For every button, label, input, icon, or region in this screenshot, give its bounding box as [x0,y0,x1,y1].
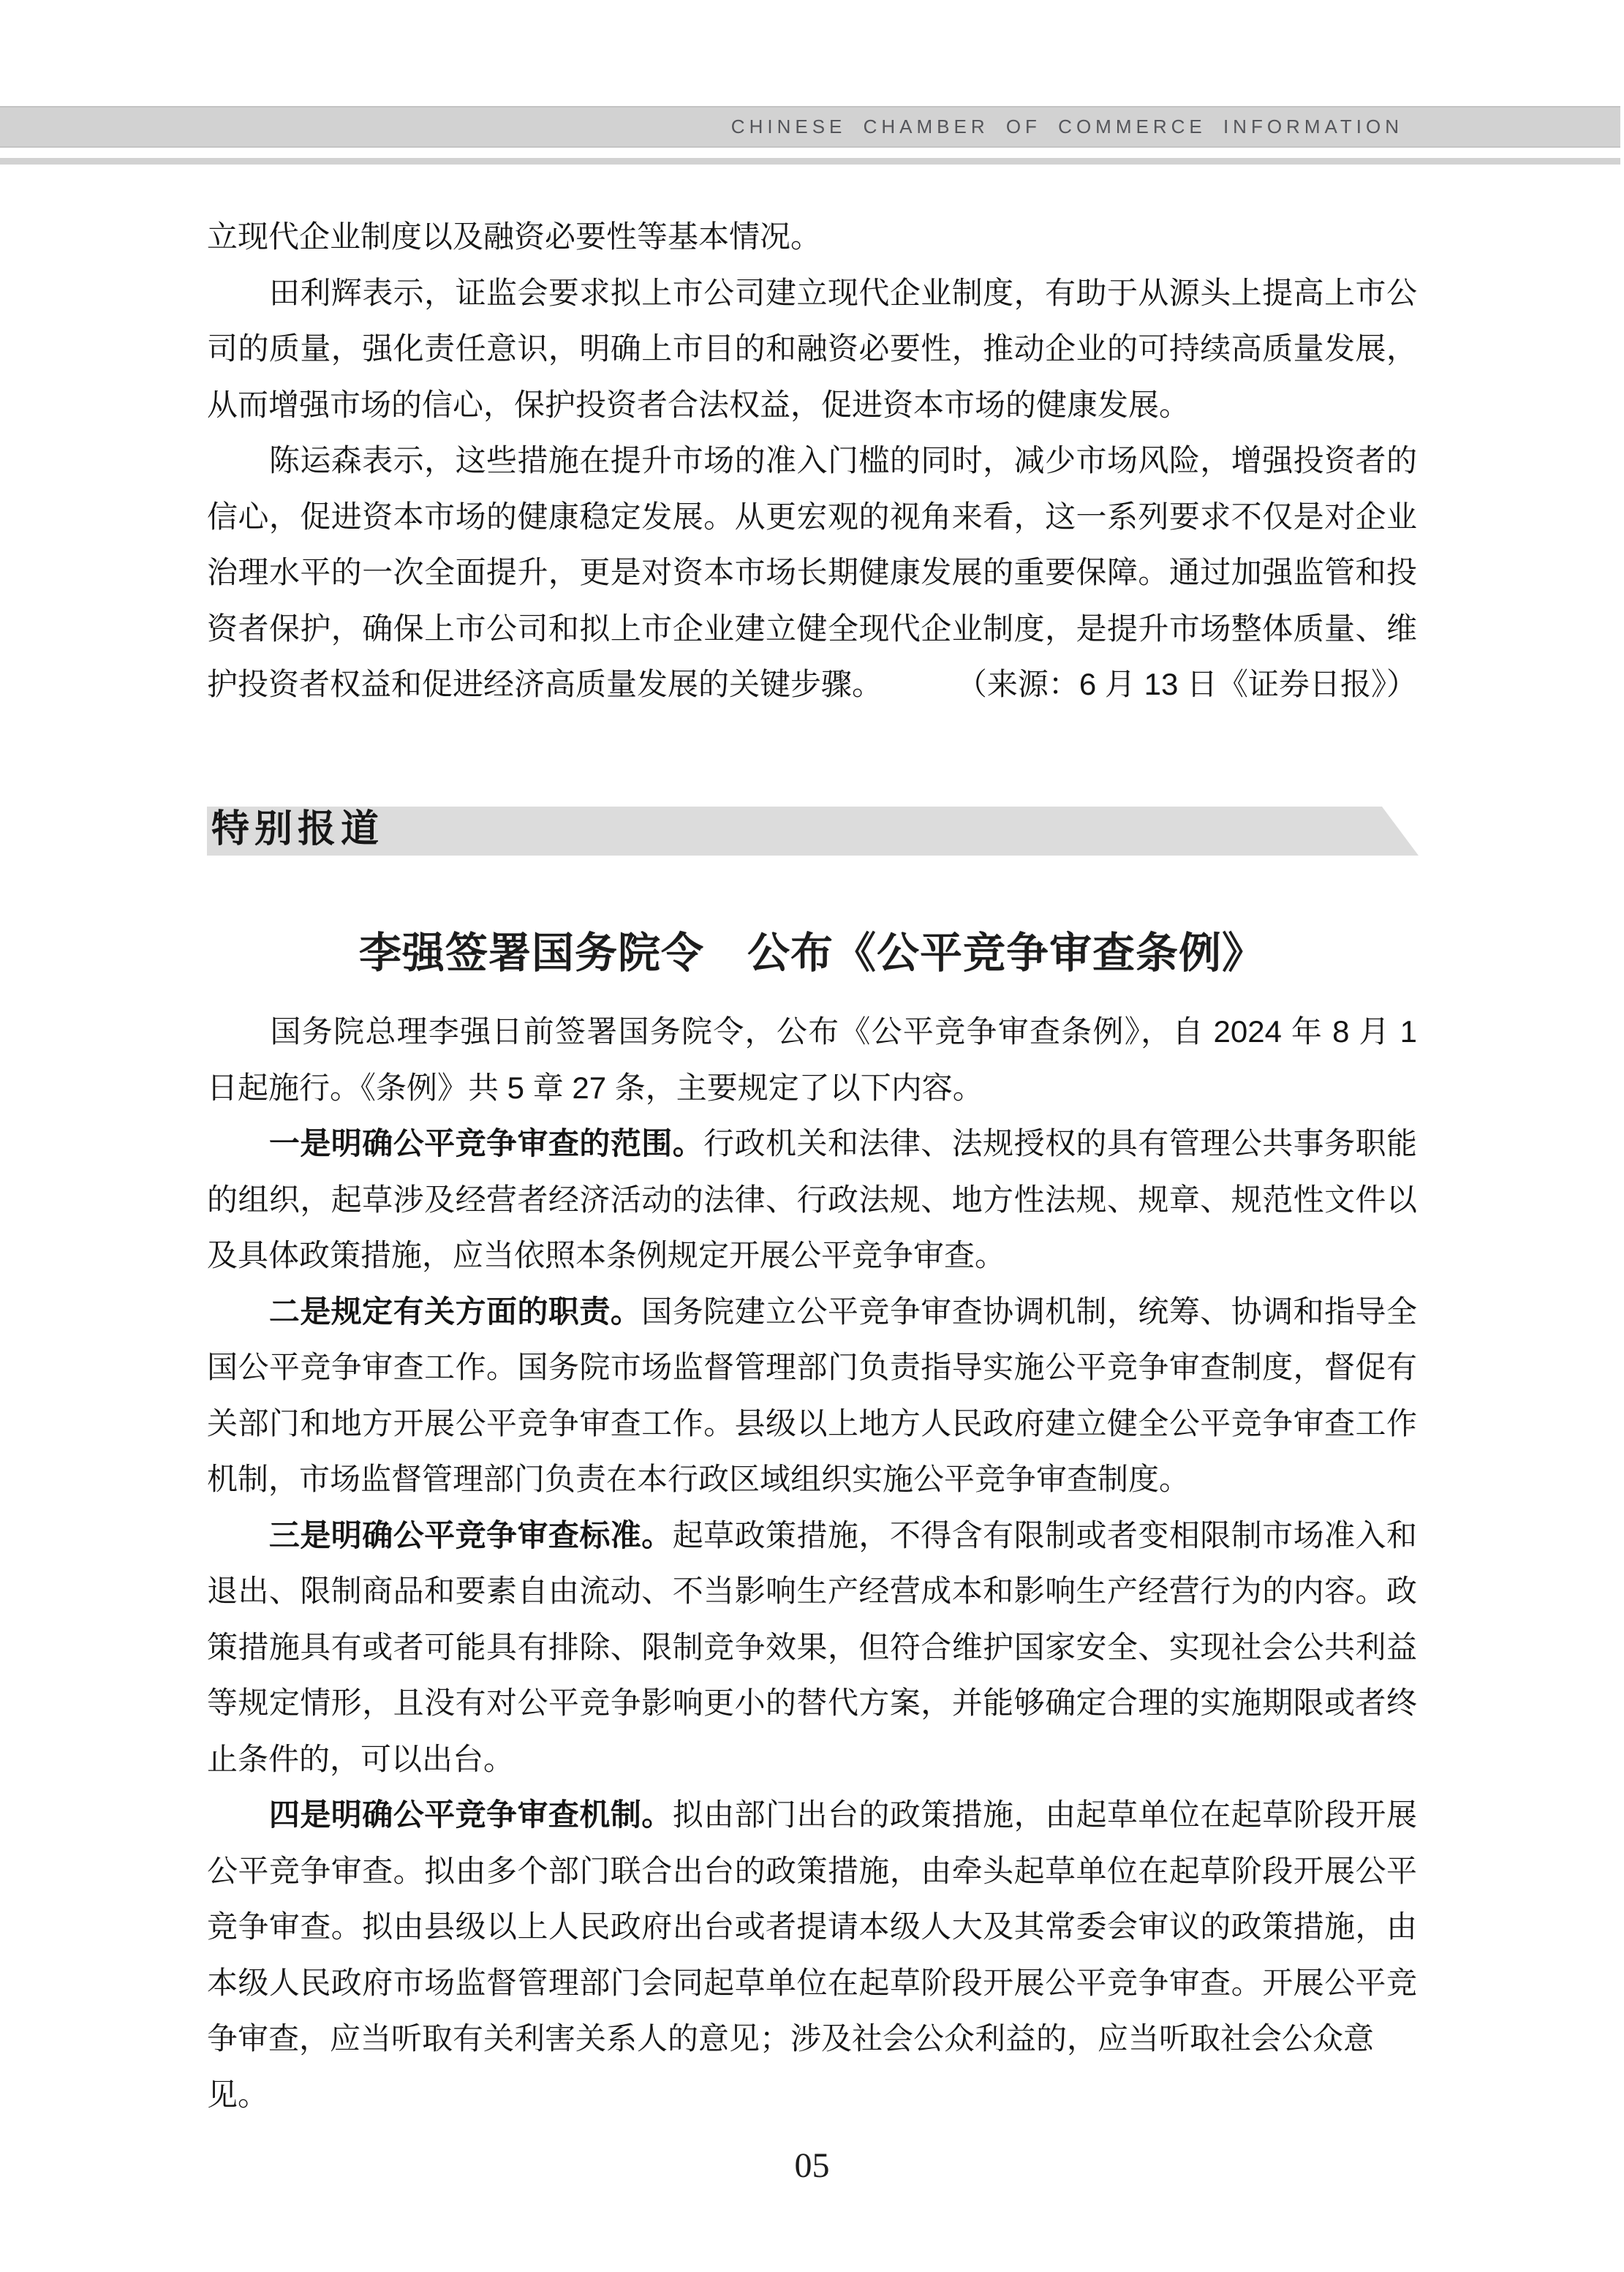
page-number: 05 [0,2145,1624,2186]
body-text-line: 一是明确公平竞争审查的范围。行政机关和法律、法规授权的具有管理公共事务职能 [207,1116,1417,1172]
body-text-line: 从而增强市场的信心，保护投资者合法权益，促进资本市场的健康发展。 [207,377,1417,434]
body-text-line: 关部门和地方开展公平竞争审查工作。县级以上地方人民政府建立健全公平竞争审查工作 [207,1396,1417,1452]
body-text-line: 竞争审查。拟由县级以上人民政府出台或者提请本级人大及其常委会审议的政策措施，由 [207,1899,1417,1955]
bold-lead-in: 三是明确公平竞争审查标准。 [269,1518,673,1552]
body-text-line: 公平竞争审查。拟由多个部门联合出台的政策措施，由牵头起草单位在起草阶段开展公平 [207,1843,1417,1900]
body-text-line: 机制，市场监督管理部门负责在本行政区域组织实施公平竞争审查制度。 [207,1452,1417,1508]
body-text-line: 信心，促进资本市场的健康稳定发展。从更宏观的视角来看，这一系列要求不仅是对企业 [207,489,1417,546]
body-text-line: 国公平竞争审查工作。国务院市场监督管理部门负责指导实施公平竞争审查制度，督促有 [207,1340,1417,1396]
header-banner-text: CHINESE CHAMBER OF COMMERCE INFORMATION [731,107,1403,146]
body-text-line: 治理水平的一次全面提升，更是对资本市场长期健康发展的重要保障。通过加强监管和投 [207,545,1417,601]
newsletter-page: CHINESE CHAMBER OF COMMERCE INFORMATION … [0,0,1624,2272]
body-text-line: 的组织，起草涉及经营者经济活动的法律、行政法规、地方性法规、规章、规范性文件以 [207,1172,1417,1229]
body-text-line: 止条件的，可以出台。 [207,1732,1417,1788]
bold-lead-in: 一是明确公平竞争审查的范围。 [269,1126,703,1160]
bold-lead-in: 四是明确公平竞争审查机制。 [269,1797,673,1832]
body-text-line: 策措施具有或者可能具有排除、限制竞争效果，但符合维护国家安全、实现社会公共利益 [207,1620,1417,1676]
section-label: 特别报道 [211,807,384,856]
body-text-line: 田利辉表示，证监会要求拟上市公司建立现代企业制度，有助于从源头上提高上市公 [207,265,1417,322]
body-text-line: 二是规定有关方面的职责。国务院建立公平竞争审查协调机制，统筹、协调和指导全 [207,1284,1417,1340]
source-attribution: （来源：6 月 13 日《证券日报》） [956,657,1417,713]
body-text-line: 本级人民政府市场监督管理部门会同起草单位在起草阶段开展公平竞争审查。开展公平竞 [207,1955,1417,2012]
header-banner-bar: CHINESE CHAMBER OF COMMERCE INFORMATION [0,106,1620,148]
article-title: 李强签署国务院令 公布《公平竞争审查条例》 [207,918,1417,980]
body-text-line: 资者保护，确保上市公司和拟上市企业建立健全现代企业制度，是提升市场整体质量、维 [207,601,1417,657]
body-text-line: 司的质量，强化责任意识，明确上市目的和融资必要性，推动企业的可持续高质量发展， [207,321,1417,377]
intro-article-body: 立现代企业制度以及融资必要性等基本情况。 田利辉表示，证监会要求拟上市公司建立现… [207,209,1417,713]
body-text-line: 等规定情形，且没有对公平竞争影响更小的替代方案，并能够确定合理的实施期限或者终 [207,1675,1417,1732]
section-header-bar: 特别报道 [207,807,1419,856]
body-text-line: 日起施行。《条例》共 5 章 27 条，主要规定了以下内容。 [207,1060,1417,1117]
body-text-line: 立现代企业制度以及融资必要性等基本情况。 [207,209,1417,265]
body-text-line: 及具体政策措施，应当依照本条例规定开展公平竞争审查。 [207,1228,1417,1284]
header-accent-bar [0,158,1620,165]
body-text-line: 陈运森表示，这些措施在提升市场的准入门槛的同时，减少市场风险，增强投资者的 [207,433,1417,489]
body-text-line: 争审查，应当听取有关利害关系人的意见；涉及社会公众利益的，应当听取社会公众意见。 [207,2011,1417,2067]
body-text-line: 护投资者权益和促进经济高质量发展的关键步骤。（来源：6 月 13 日《证券日报》… [207,657,1417,713]
body-text-line: 国务院总理李强日前签署国务院令，公布《公平竞争审查条例》，自 2024 年 8 … [207,1004,1417,1060]
special-report-body: 国务院总理李强日前签署国务院令，公布《公平竞争审查条例》，自 2024 年 8 … [207,1004,1417,2067]
bold-lead-in: 二是规定有关方面的职责。 [269,1294,641,1329]
body-text-line: 三是明确公平竞争审查标准。起草政策措施，不得含有限制或者变相限制市场准入和 [207,1508,1417,1564]
body-text-line: 退出、限制商品和要素自由流动、不当影响生产经营成本和影响生产经营行为的内容。政 [207,1563,1417,1620]
body-text-line: 四是明确公平竞争审查机制。拟由部门出台的政策措施，由起草单位在起草阶段开展 [207,1787,1417,1843]
